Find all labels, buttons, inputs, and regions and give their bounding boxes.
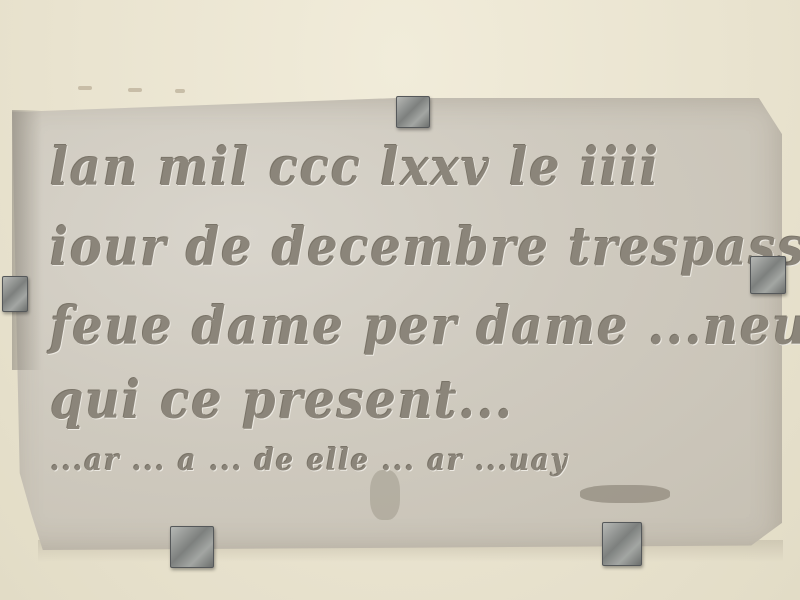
wall-stain bbox=[78, 86, 92, 90]
weathered-edge bbox=[12, 110, 42, 370]
metal-clamp-bottom-right bbox=[602, 522, 642, 566]
wall-stain bbox=[175, 89, 185, 93]
stone-gouge bbox=[580, 485, 670, 503]
inscription: lan mil ccc lxxv le iiii iour de decembr… bbox=[50, 128, 770, 486]
inscription-line-5: ...ar ... a ... de elle ... ar ...uay bbox=[50, 436, 712, 486]
inscription-line-3: feue dame per dame ...neuf bbox=[50, 288, 712, 366]
inscription-line-2: iour de decembre trespassa bbox=[50, 208, 712, 288]
inscription-line-4: qui ce present... bbox=[50, 366, 712, 436]
metal-clamp-right bbox=[750, 256, 786, 294]
metal-clamp-bottom-left bbox=[170, 526, 214, 568]
inscription-line-1: lan mil ccc lxxv le iiii bbox=[50, 128, 712, 208]
metal-clamp-left bbox=[2, 276, 28, 312]
wall-stain bbox=[128, 88, 142, 92]
metal-clamp-top bbox=[396, 96, 430, 128]
